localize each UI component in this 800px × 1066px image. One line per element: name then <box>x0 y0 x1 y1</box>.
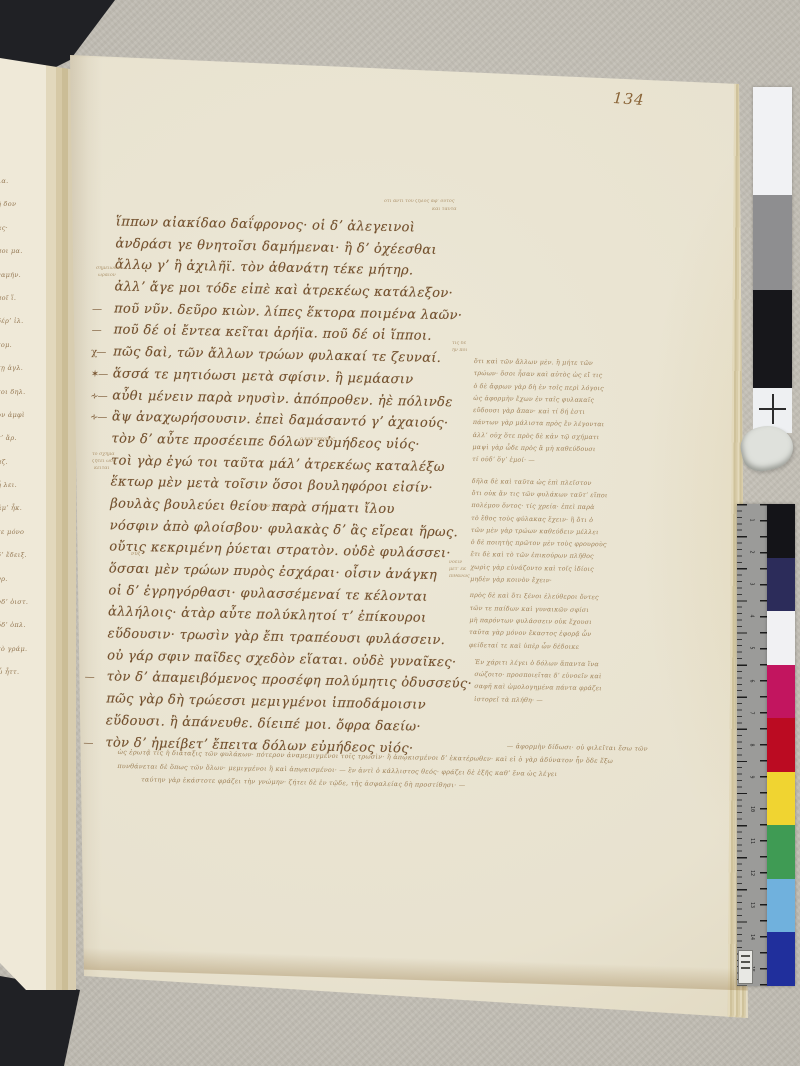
ruler-label-sticker <box>738 950 753 984</box>
text-fragment: τε μόνο <box>0 521 30 544</box>
color-patch <box>767 932 795 986</box>
margin-note: ὡραῖον <box>98 273 130 280</box>
ruler-number: 2 <box>737 536 767 568</box>
text-fragment: γρ. <box>0 568 30 591</box>
margin-note: τὸ σχῆμα <box>92 452 126 459</box>
text-fragment: ον ἀμφὶ <box>0 404 30 427</box>
text-fragment: τομ. <box>0 334 30 357</box>
scholia-line: ἱστορεῖ τὰ πλήθη· — <box>468 694 626 709</box>
page-bottom-edge-shade <box>80 947 750 990</box>
ruler-number: 14 <box>737 921 767 953</box>
margin-note: σημείωσαι <box>96 266 132 273</box>
page-top-edge-shade <box>68 44 748 75</box>
manuscript-page: 134 ἵππων αἰακίδαο δαΐφρονος· οἱ δʼ ἀλεγ… <box>0 0 800 1066</box>
critical-sign: ∻— <box>90 412 112 423</box>
margin-note: ἦν ποι <box>452 348 482 355</box>
text-fragment: ποῖ ἵ. <box>0 287 30 310</box>
color-patch <box>767 504 795 558</box>
manuscript-photo: λα.ἢ δονας·ποι μα.ςαμήν.ποῖ ἵ.δέρʼ ἰλ.το… <box>0 0 800 1066</box>
margin-note: καὶ ταῦτα <box>432 207 487 214</box>
ruler-number: 3 <box>737 568 767 600</box>
critical-sign: ∻— <box>90 390 112 401</box>
ruler-number: 6 <box>737 664 767 696</box>
margin-note: μετʼ ἐκ <box>449 567 475 574</box>
ruler-number: 13 <box>737 889 767 921</box>
critical-sign: — <box>83 737 105 748</box>
color-patch <box>767 611 795 665</box>
critical-sign: ✶— <box>91 369 113 380</box>
bottom-scholia-block: — ἀφορμὴν δίδωσι· οὐ φιλεῖται ἔσω τῶνὡς … <box>117 733 648 796</box>
critical-sign: — <box>92 304 114 315</box>
scholia-line: τί οὐδʼ ὅγʼ ἐμοί· — <box>472 454 630 469</box>
margin-note: πιθανῶς <box>449 574 479 581</box>
color-patch <box>767 825 795 879</box>
centimeter-ruler: 123456789101112131415 <box>737 504 768 986</box>
critical-sign: χ— <box>91 347 113 358</box>
color-patch <box>767 772 795 826</box>
critical-sign: — <box>92 325 114 336</box>
grayscale-calibration-strip <box>753 87 792 388</box>
text-fragment: ὅδʼ ὁπλ. <box>0 614 30 637</box>
text-fragment: πζ. <box>0 451 30 474</box>
text-fragment: ᾗ λει. <box>0 474 30 497</box>
color-calibration-strip <box>767 504 795 986</box>
text-fragment: ᾧ ἧττ. <box>0 661 30 684</box>
text-fragment: τʼ ἄρ. <box>0 427 30 450</box>
text-fragment: ςαμήν. <box>0 264 30 287</box>
crosshair-icon <box>759 408 786 410</box>
ruler-number: 12 <box>737 857 767 889</box>
grayscale-patch <box>753 87 792 195</box>
margin-note: ὁ κατάσκοπος <box>300 437 362 444</box>
margin-note: νὺξ <box>131 551 151 558</box>
text-fragment: τῃ ἀγλ. <box>0 357 30 380</box>
text-fragment: ποι μα. <box>0 240 30 263</box>
text-fragment: τοι δηλ. <box>0 381 30 404</box>
ruler-number: 7 <box>737 697 767 729</box>
verse-text: ἵππων αἰακίδαο δαΐφρονος· οἱ δʼ ἀλεγεινο… <box>116 214 416 235</box>
folio-number: 134 <box>612 89 645 109</box>
margin-note: ἤγουν ἃς ἐρωτᾷς <box>255 503 335 510</box>
color-patch <box>767 665 795 719</box>
critical-sign: — <box>85 672 107 683</box>
color-patch <box>767 718 795 772</box>
margin-note: τίς δὲ <box>452 341 482 348</box>
scholia-line: φείδεταί τε καὶ ὑπὲρ ὧν δέδοικε <box>469 639 627 654</box>
text-fragment: λα. <box>0 170 30 193</box>
margin-note: νοεῖν <box>449 560 475 567</box>
ruler-number: 10 <box>737 793 767 825</box>
text-fragment: ἢ δον <box>0 193 30 216</box>
text-fragment: τὸ γράμ. <box>0 638 30 661</box>
margin-note: ζήτει ὧδε <box>92 459 126 466</box>
text-fragment: ας· <box>0 217 30 240</box>
right-margin-scholia: ὅτι καὶ τῶν ἄλλων μὲν. ἢ μήτε τῶντρώων· … <box>468 356 632 709</box>
margin-note: ὅτι ἀντὶ τοῦ ζῆλος ἀφʼ οὗτος <box>384 199 486 206</box>
facing-page-text-fragments: λα.ἢ δονας·ποι μα.ςαμήν.ποῖ ἵ.δέρʼ ἰλ.το… <box>0 170 30 685</box>
color-patch <box>767 879 795 933</box>
text-fragment: νδʼ ὀιστ. <box>0 591 30 614</box>
text-fragment: δʼ ἔδειξ. <box>0 544 30 567</box>
ruler-number: 4 <box>737 600 767 632</box>
grayscale-patch <box>753 195 792 290</box>
scholia-line: μηδὲν γὰρ κοινὸν ἔχειν· <box>470 574 628 589</box>
ruler-number: 1 <box>737 504 767 536</box>
grayscale-patch <box>753 290 792 388</box>
ruler-number: 9 <box>737 761 767 793</box>
text-fragment: δέρʼ ἰλ. <box>0 310 30 333</box>
ruler-number: 5 <box>737 632 767 664</box>
ruler-number: 8 <box>737 729 767 761</box>
margin-note: κεῖται <box>94 466 124 473</box>
ruler-number: 11 <box>737 825 767 857</box>
text-fragment: ἅμʼ ἧκ. <box>0 497 30 520</box>
main-text-block: ἵππων αἰακίδαο δαΐφρονος· οἱ δʼ ἀλεγεινο… <box>83 214 494 764</box>
color-patch <box>767 558 795 612</box>
